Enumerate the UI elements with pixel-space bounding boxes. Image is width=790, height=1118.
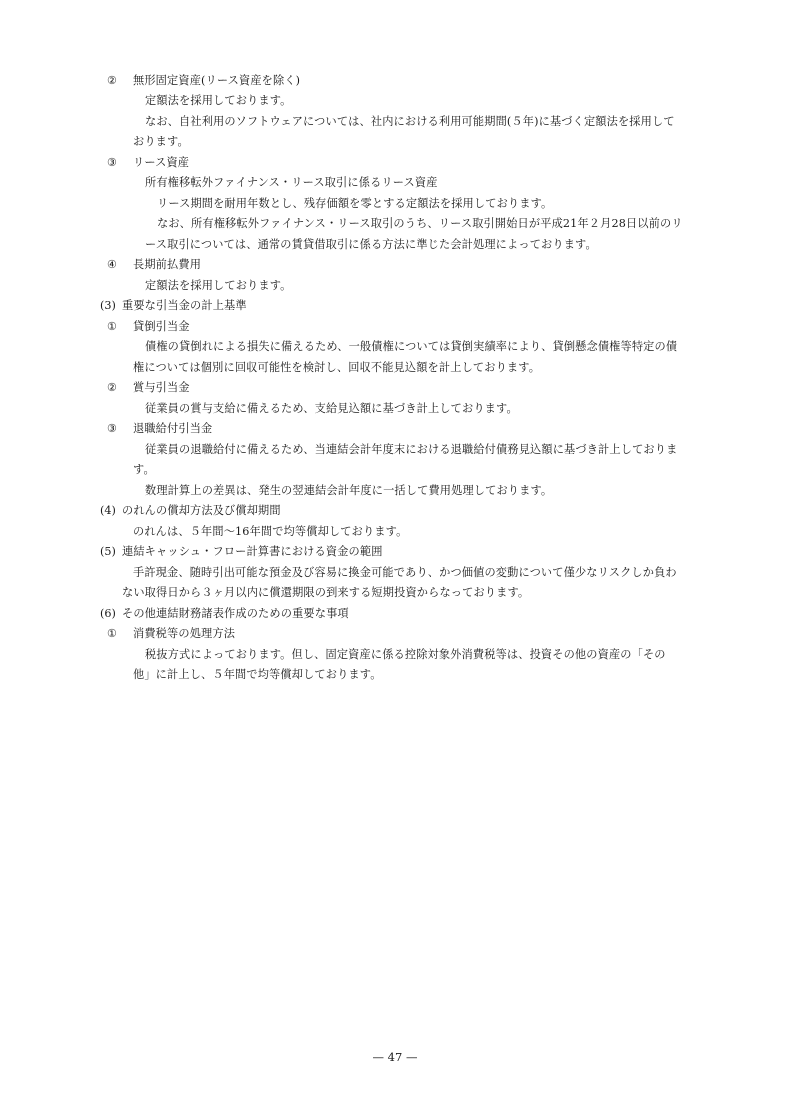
- body-text: おります。: [133, 135, 189, 149]
- section-heading-goodwill: のれんの償却方法及び償却期間: [122, 504, 281, 518]
- body-text: ース取引については、通常の賃貸借取引に係る方法に準じた会計処理によっております。: [145, 238, 597, 252]
- page-number: — 47 —: [0, 1050, 790, 1064]
- body-text: 債権の貸倒れによる損失に備えるため、一般債権については貸倒実績率により、貸倒懸念…: [145, 340, 677, 354]
- section-marker: (5): [100, 545, 116, 559]
- item-marker: ②: [107, 74, 117, 88]
- body-text: 税抜方式によっております。但し、固定資産に係る控除対象外消費税等は、投資その他の…: [145, 648, 666, 662]
- item-marker: ③: [107, 156, 117, 170]
- subheading-intangible-assets: 無形固定資産(リース資産を除く): [133, 74, 300, 88]
- body-text: なお、所有権移転外ファイナンス・リース取引のうち、リース取引開始日が平成21年２…: [157, 217, 683, 231]
- body-text: リース期間を耐用年数とし、残存価額を零とする定額法を採用しております。: [157, 197, 552, 211]
- body-text: 数理計算上の差異は、発生の翌連結会計年度に一括して費用処理しております。: [145, 484, 552, 498]
- subheading-consumption-tax: 消費税等の処理方法: [133, 627, 235, 641]
- section-marker: (4): [100, 504, 116, 518]
- body-text: なお、自社利用のソフトウェアについては、社内における利用可能期間(５年)に基づく…: [145, 115, 675, 129]
- item-marker: ③: [107, 422, 117, 436]
- body-text: 他」に計上し、５年間で均等償却しております。: [133, 668, 382, 682]
- subheading-lease-assets: リース資産: [133, 156, 189, 170]
- item-marker: ①: [107, 320, 117, 334]
- item-marker: ②: [107, 381, 117, 395]
- subheading-bad-debt: 貸倒引当金: [133, 320, 190, 334]
- item-marker: ①: [107, 627, 117, 641]
- body-text: ない取得日から３ヶ月以内に償還期限の到来する短期投資からなっております。: [122, 586, 529, 600]
- subheading-retirement: 退職給付引当金: [133, 422, 212, 436]
- section-heading-cash-flow: 連結キャッシュ・フロー計算書における資金の範囲: [122, 545, 383, 559]
- body-text: 手許現金、随時引出可能な預金及び容易に換金可能であり、かつ価値の変動について僅少…: [133, 566, 677, 580]
- body-text: 権については個別に回収可能性を検討し、回収不能見込額を計上しております。: [133, 361, 540, 375]
- body-text: 定額法を採用しております。: [145, 94, 292, 108]
- document-page: ② 無形固定資産(リース資産を除く) 定額法を採用しております。 なお、自社利用…: [0, 0, 790, 1118]
- sub-subheading: 所有権移転外ファイナンス・リース取引に係るリース資産: [145, 176, 438, 190]
- subheading-long-term-prepaid: 長期前払費用: [133, 258, 201, 272]
- body-text: 定額法を採用しております。: [145, 279, 292, 293]
- section-marker: (6): [100, 607, 116, 621]
- section-heading-allowances: 重要な引当金の計上基準: [122, 299, 247, 313]
- item-marker: ④: [107, 258, 117, 272]
- section-heading-other: その他連結財務諸表作成のための重要な事項: [122, 607, 349, 621]
- subheading-bonus: 賞与引当金: [133, 381, 190, 395]
- section-marker: (3): [100, 299, 116, 313]
- body-text: 従業員の退職給付に備えるため、当連結会計年度末における退職給付債務見込額に基づき…: [145, 443, 677, 457]
- body-text: す。: [133, 463, 155, 477]
- body-text: のれんは、５年間～16年間で均等償却しております。: [133, 525, 407, 539]
- body-text: 従業員の賞与支給に備えるため、支給見込額に基づき計上しております。: [145, 402, 518, 416]
